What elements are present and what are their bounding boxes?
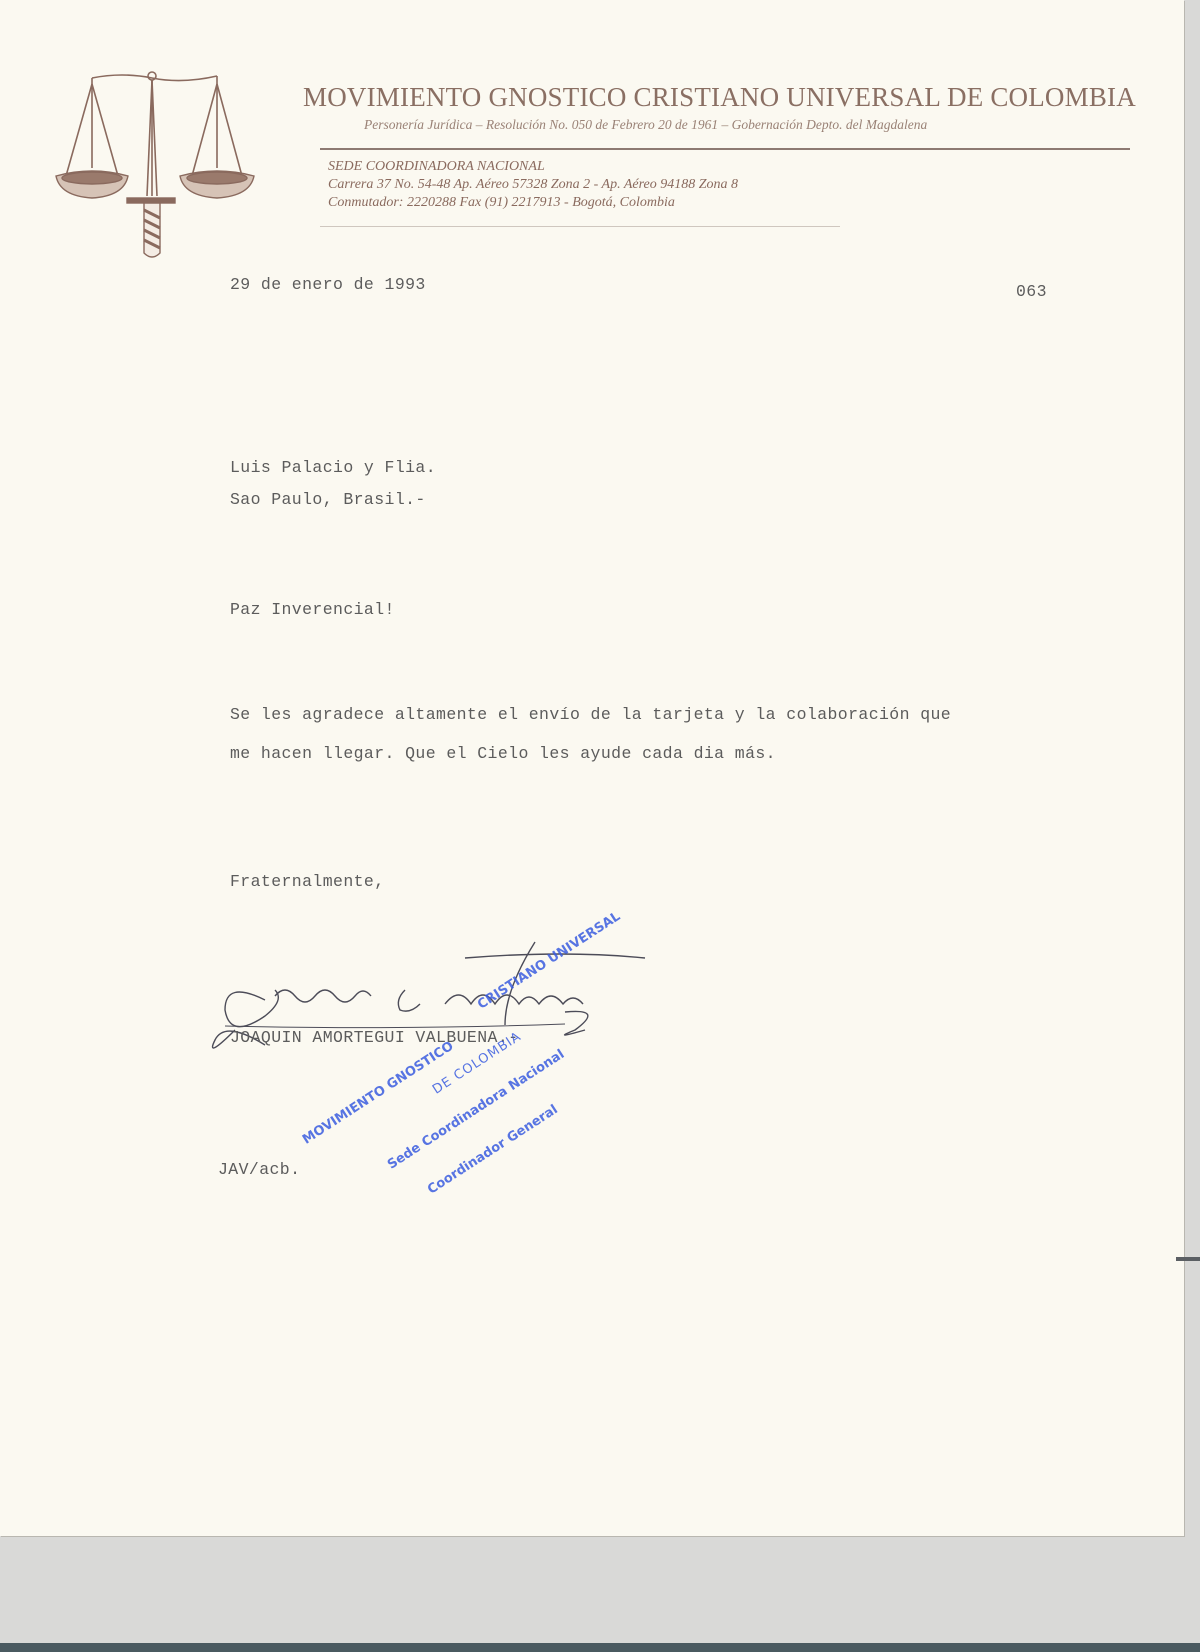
scan-bottom-strip	[0, 1643, 1200, 1652]
letter-page: MOVIMIENTO GNOSTICO CRISTIANO UNIVERSAL …	[0, 0, 1184, 1536]
scan-edge-mark	[1176, 1257, 1200, 1261]
recipient-location: Sao Paulo, Brasil.-	[230, 490, 426, 509]
sede-address: Carrera 37 No. 54-48 Ap. Aéreo 57328 Zon…	[328, 176, 738, 194]
sede-address-block: SEDE COORDINADORA NACIONAL Carrera 37 No…	[328, 158, 738, 212]
letter-date: 29 de enero de 1993	[230, 275, 426, 294]
greeting: Paz Inverencial!	[230, 600, 395, 619]
sede-divider	[320, 226, 840, 227]
scales-of-justice-icon	[52, 68, 282, 268]
typist-initials: JAV/acb.	[218, 1160, 300, 1179]
stamp-line-4: Coordinador General	[425, 1102, 561, 1198]
recipient-name: Luis Palacio y Flia.	[230, 458, 436, 477]
closing: Fraternalmente,	[230, 872, 385, 891]
header-divider	[320, 148, 1130, 150]
signatory-name: JOAQUIN AMORTEGUI VALBUENA.-	[230, 1028, 518, 1047]
body-line-2: me hacen llegar. Que el Cielo les ayude …	[230, 744, 776, 763]
reference-number: 063	[1016, 282, 1047, 301]
organization-stamp-coordinator: Coordinador General	[425, 1102, 561, 1198]
legal-status: Personería Jurídica – Resolución No. 050…	[364, 117, 927, 133]
body-line-1: Se les agradece altamente el envío de la…	[230, 705, 951, 724]
sede-title: SEDE COORDINADORA NACIONAL	[328, 158, 738, 176]
organization-name: MOVIMIENTO GNOSTICO CRISTIANO UNIVERSAL …	[303, 82, 1136, 113]
sede-contact: Conmutador: 2220288 Fax (91) 2217913 - B…	[328, 194, 738, 212]
